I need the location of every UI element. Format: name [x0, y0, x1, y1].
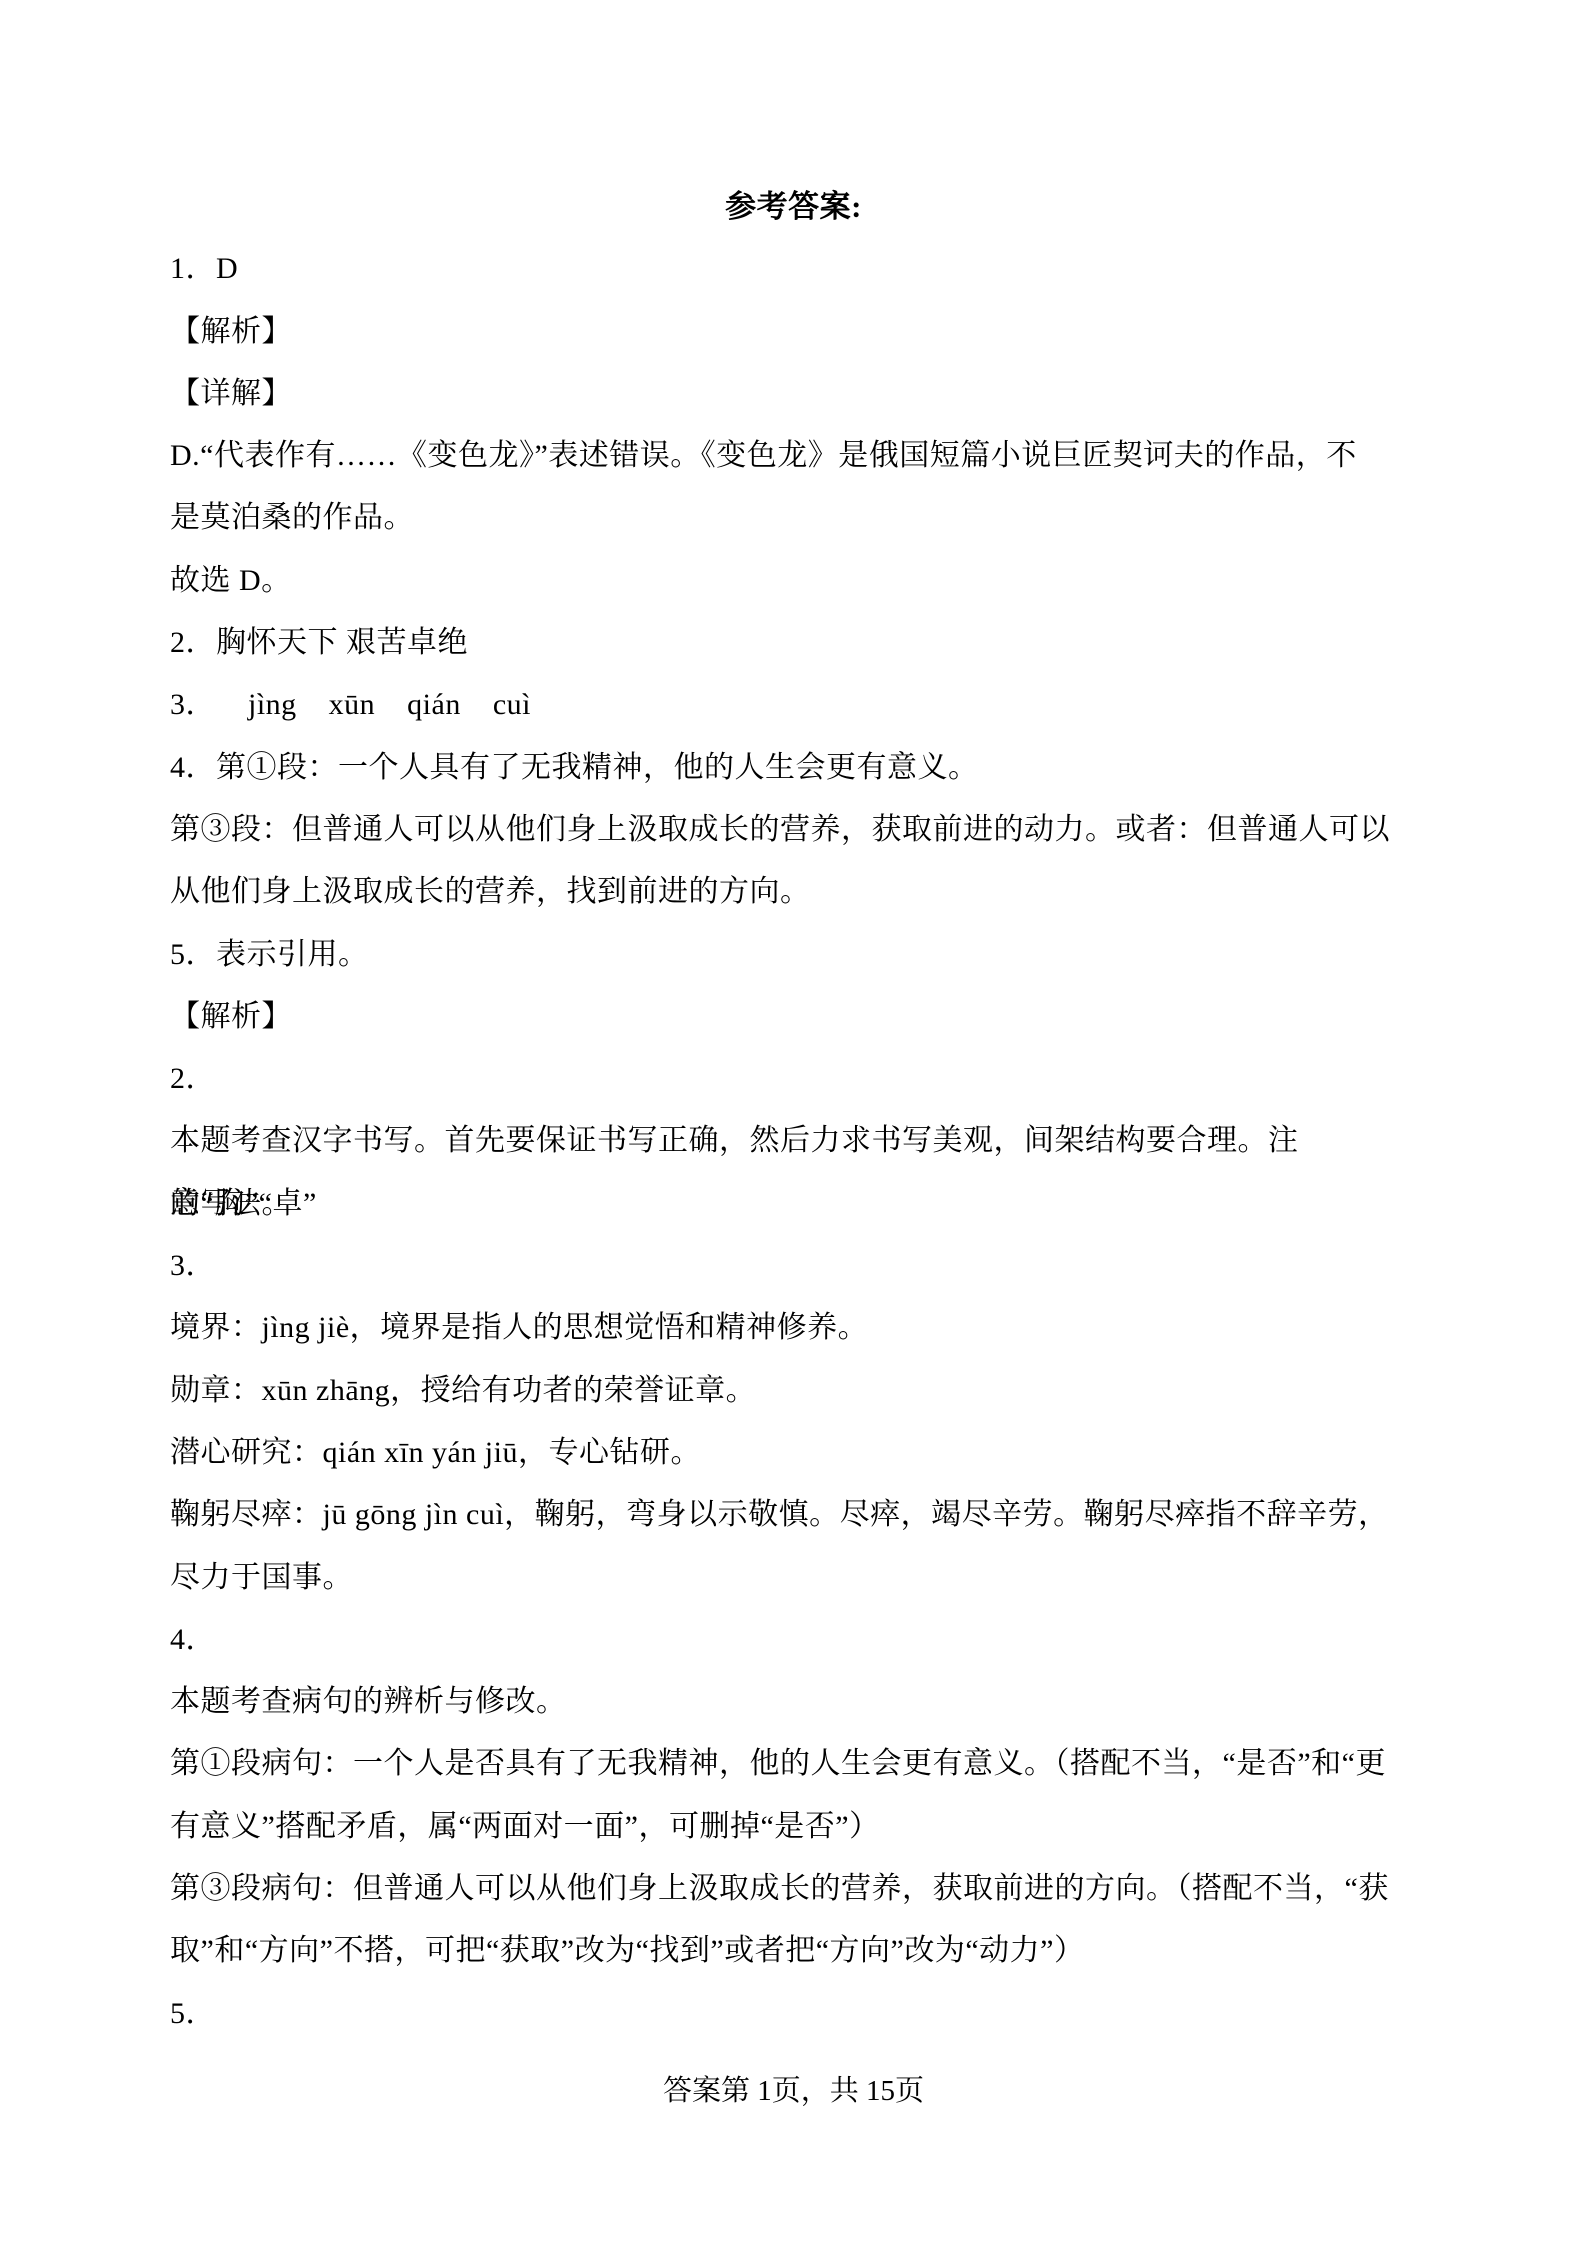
answer-line: 从他们身上汲取成长的营养，找到前进的方向。: [170, 861, 1417, 923]
answer-line: 【解析】: [170, 301, 1417, 363]
answer-line: 勋章：xūn zhāng，授给有功者的荣誉证章。: [170, 1360, 1417, 1422]
answer-line: 潜心研究：qián xīn yán jiū，专心钻研。: [170, 1422, 1417, 1484]
answer-line: 4．第①段：一个人具有了无我精神，他的人生会更有意义。: [170, 737, 1417, 799]
answer-line: 2．: [170, 1048, 1417, 1110]
answer-line: 第①段病句：一个人是否具有了无我精神，他的人生会更有意义。（搭配不当，“是否”和…: [170, 1733, 1417, 1795]
answer-line: 尽力于国事。: [170, 1547, 1417, 1609]
answer-line: 【解析】: [170, 986, 1417, 1048]
page-title: 参考答案:: [170, 176, 1417, 238]
answer-line: 5．表示引用。: [170, 924, 1417, 986]
answer-line: 5．: [170, 1983, 1417, 2045]
answer-line: 3． jìng xūn qián cuì: [170, 674, 1417, 736]
answer-sheet-page: 参考答案: 1．D【解析】【详解】D.“代表作有……《变色龙》”表述错误。《变色…: [0, 0, 1587, 2245]
answer-line: 是莫泊桑的作品。: [170, 487, 1417, 549]
answer-line: 本题考查汉字书写。首先要保证书写正确，然后力求书写美观，间架结构要合理。注意“胸…: [170, 1110, 1417, 1172]
answer-line: 故选 D。: [170, 550, 1417, 612]
answer-line: 第③段病句：但普通人可以从他们身上汲取成长的营养，获取前进的方向。（搭配不当，“…: [170, 1858, 1417, 1920]
answer-line: 1．D: [170, 238, 1417, 300]
page-footer: 答案第 1页，共 15页: [0, 2060, 1587, 2122]
answer-line: D.“代表作有……《变色龙》”表述错误。《变色龙》是俄国短篇小说巨匠契诃夫的作品…: [170, 425, 1417, 487]
answer-line: 第③段：但普通人可以从他们身上汲取成长的营养，获取前进的动力。或者：但普通人可以: [170, 799, 1417, 861]
answer-line: 的写法。: [170, 1173, 1417, 1235]
answer-line: 有意义”搭配矛盾，属“两面对一面”，可删掉“是否”）: [170, 1796, 1417, 1858]
answer-lines: 1．D【解析】【详解】D.“代表作有……《变色龙》”表述错误。《变色龙》是俄国短…: [170, 238, 1417, 2045]
answer-line: 本题考查病句的辨析与修改。: [170, 1671, 1417, 1733]
answer-line: 4．: [170, 1609, 1417, 1671]
answer-line: 【详解】: [170, 363, 1417, 425]
answer-line: 取”和“方向”不搭，可把“获取”改为“找到”或者把“方向”改为“动力”）: [170, 1920, 1417, 1982]
answer-sheet-content: 参考答案: 1．D【解析】【详解】D.“代表作有……《变色龙》”表述错误。《变色…: [170, 176, 1417, 2045]
answer-line: 3．: [170, 1235, 1417, 1297]
answer-line: 鞠躬尽瘁：jū gōng jìn cuì，鞠躬，弯身以示敬慎。尽瘁，竭尽辛劳。鞠…: [170, 1484, 1417, 1546]
answer-line: 2．胸怀天下 艰苦卓绝: [170, 612, 1417, 674]
answer-line: 境界：jìng jiè，境界是指人的思想觉悟和精神修养。: [170, 1297, 1417, 1359]
